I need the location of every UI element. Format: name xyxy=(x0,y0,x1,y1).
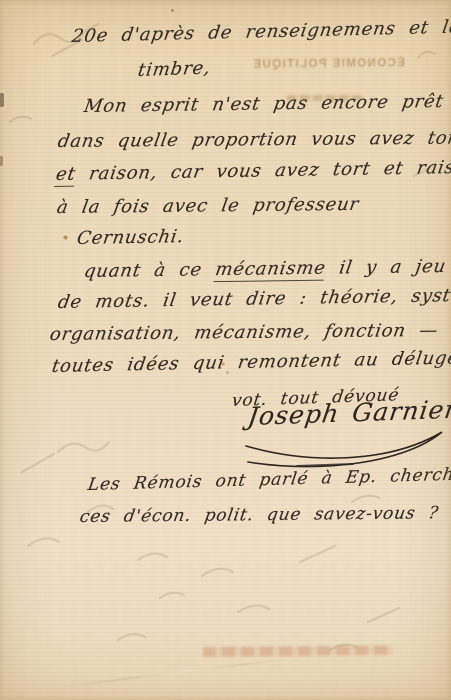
handwritten-line: organisation, mécanisme, fonction — xyxy=(48,320,440,346)
handwritten-line: dans quelle proportion vous avez tort xyxy=(56,127,451,153)
letter-page: ÉCONOMIE POLITIQUE 20e d'après de rensei… xyxy=(0,0,451,700)
handwritten-line: 20e d'après de renseignemens et le xyxy=(70,17,451,48)
edge-ink-mark xyxy=(0,93,4,107)
underlined-word: mécanisme xyxy=(213,258,327,283)
handwritten-line: de mots. il veut dire : théorie, système… xyxy=(56,284,451,314)
show-through-print-bottom xyxy=(203,645,393,657)
ink-speck xyxy=(171,9,174,12)
signature: Joseph Garnier xyxy=(246,399,451,428)
edge-ink-mark xyxy=(0,156,3,166)
handwritten-line: Mon esprit n'est pas encore prêt à dire xyxy=(82,90,451,118)
handwritten-line: et raison, car vous avez tort et raison xyxy=(54,157,451,186)
handwritten-line: toutes idées qui remontent au déluge. xyxy=(50,347,451,378)
line-text: il y a jeu xyxy=(324,256,448,279)
postscript-line: ces d'écon. polit. que savez-vous ? xyxy=(78,502,440,528)
line-text: raison, car vous avez tort et raison xyxy=(74,157,451,185)
handwritten-line: timbre, xyxy=(136,57,212,82)
handwritten-line: à la fois avec le professeur xyxy=(55,194,361,219)
postscript-line: Les Rémois ont parlé à Ep. cherchez du xyxy=(86,462,451,496)
line-text: quant à ce xyxy=(82,259,217,282)
paper-crease xyxy=(59,658,287,688)
handwritten-line: Cernuschi. xyxy=(75,226,185,250)
foxing-spot xyxy=(63,235,68,240)
handwritten-line: quant à ce mécanisme il y a jeu xyxy=(82,256,448,283)
show-through-print: ÉCONOMIE POLITIQUE xyxy=(252,57,405,70)
